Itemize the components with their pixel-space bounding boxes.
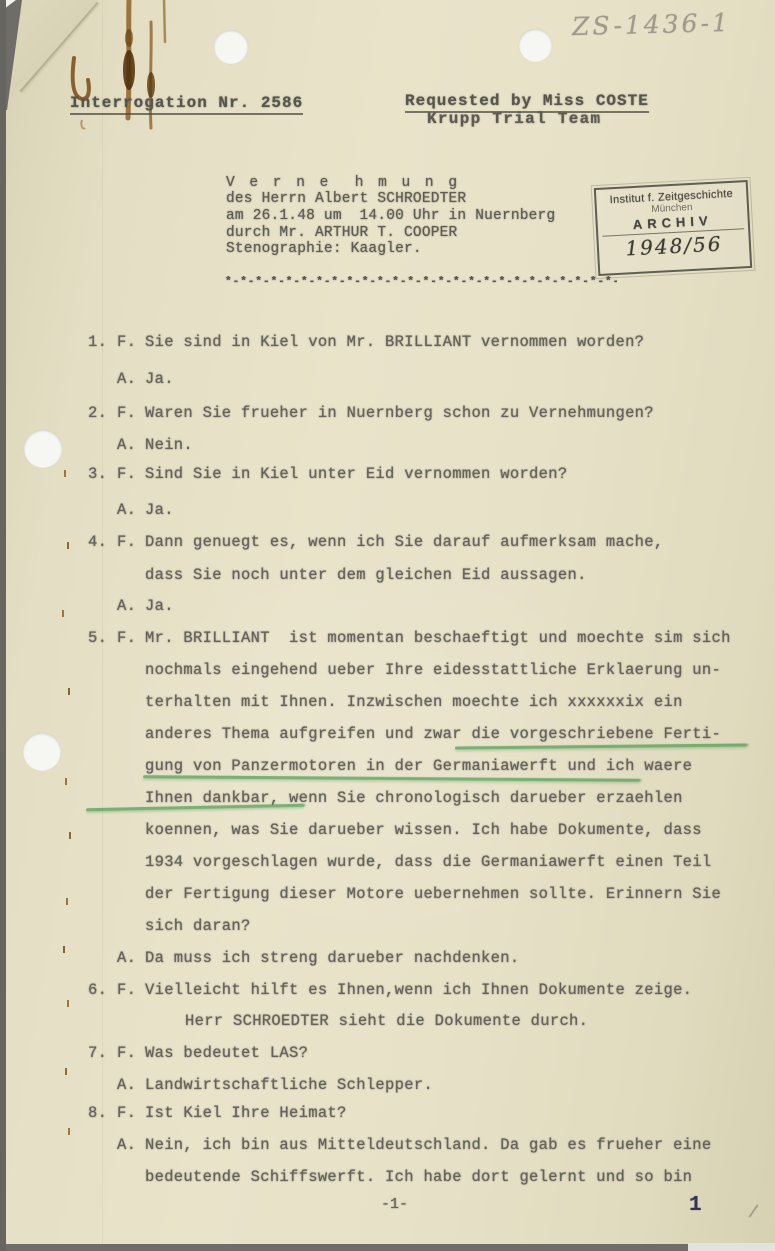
- question-text: Ist Kiel Ihre Heimat?: [145, 1104, 347, 1122]
- stage-note-text: Herr SCHROEDTER sieht die Dokumente durc…: [185, 1012, 588, 1030]
- item-number: 1.: [88, 333, 117, 351]
- question-line: gung von Panzermotoren in der Germaniawe…: [145, 757, 692, 775]
- answer-text: Nein.: [145, 436, 193, 454]
- question-line: 1.F.Sie sind in Kiel von Mr. BRILLIANT v…: [88, 333, 644, 351]
- archive-stamp: Institut f. Zeitgeschichte München ARCHI…: [594, 180, 752, 276]
- title-line-stenographer: Stenographie: Kaagler.: [226, 241, 422, 258]
- title-line-interrogator: durch Mr. ARTHUR T. COOPER: [226, 225, 457, 242]
- answer-text: Da muss ich streng darueber nachdenken.: [145, 949, 519, 967]
- question-line: 8.F.Ist Kiel Ihre Heimat?: [88, 1104, 347, 1122]
- question-text: Mr. BRILLIANT ist momentan beschaeftigt …: [145, 629, 731, 647]
- answer-line: bedeutende Schiffswerft. Ich habe dort g…: [145, 1168, 692, 1186]
- question-text: Was bedeutet LAS?: [145, 1044, 308, 1062]
- question-text: 1934 vorgeschlagen wurde, dass die Germa…: [145, 853, 712, 871]
- answer-label: A.: [117, 1076, 145, 1094]
- answer-line: A.Ja.: [117, 501, 174, 519]
- punch-hole-left-lower: [23, 733, 61, 771]
- answer-text: Landwirtschaftliche Schlepper.: [145, 1076, 433, 1094]
- answer-line: A.Landwirtschaftliche Schlepper.: [117, 1076, 433, 1094]
- item-number: 4.: [88, 533, 117, 551]
- question-text: anderes Thema aufgreifen und zwar die vo…: [145, 725, 721, 743]
- rust-specks: [64, 470, 66, 477]
- answer-text: bedeutende Schiffswerft. Ich habe dort g…: [145, 1168, 692, 1186]
- question-line: der Fertigung dieser Motore uebernehmen …: [145, 885, 721, 903]
- question-text: sich daran?: [145, 917, 251, 935]
- answer-line: A.Ja.: [117, 370, 174, 388]
- title-line-vernehmung: V e r n e h m u n g: [226, 175, 460, 192]
- ink-page-number: 1: [689, 1194, 702, 1217]
- question-text: nochmals eingehend ueber Ihre eidesstatt…: [145, 661, 721, 679]
- item-number: 2.: [88, 404, 117, 422]
- question-text: Sie sind in Kiel von Mr. BRILLIANT verno…: [145, 333, 644, 351]
- answer-line: A.Ja.: [117, 597, 174, 615]
- item-number: 7.: [88, 1044, 117, 1062]
- answer-label: A.: [117, 1136, 145, 1154]
- page-number: -1-: [381, 1196, 408, 1213]
- item-number: 3.: [88, 465, 117, 483]
- punch-hole-top-right: [519, 29, 552, 62]
- question-text: dass Sie noch unter dem gleichen Eid aus…: [145, 566, 587, 584]
- question-line: koennen, was Sie darueber wissen. Ich ha…: [145, 821, 702, 839]
- question-line: dass Sie noch unter dem gleichen Eid aus…: [145, 566, 587, 584]
- question-text: gung von Panzermotoren in der Germaniawe…: [145, 757, 692, 775]
- question-text: Ihnen dankbar, wenn Sie chronologisch da…: [145, 789, 683, 807]
- stage-note-line: Herr SCHROEDTER sieht die Dokumente durc…: [185, 1012, 588, 1030]
- answer-line: A.Nein, ich bin aus Mitteldeutschland. D…: [117, 1136, 712, 1154]
- question-line: 1934 vorgeschlagen wurde, dass die Germa…: [145, 853, 712, 871]
- item-number: 5.: [88, 629, 117, 647]
- answer-label: A.: [117, 949, 145, 967]
- question-line: 6.F.Vielleicht hilft es Ihnen,wenn ich I…: [88, 981, 692, 999]
- item-number: 6.: [88, 981, 117, 999]
- scanned-document-page: { "colors": { "paper": "#e7e1c8", "scann…: [0, 0, 775, 1251]
- answer-text: Ja.: [145, 501, 174, 519]
- answer-line: A.Da muss ich streng darueber nachdenken…: [117, 949, 519, 967]
- question-text: Waren Sie frueher in Nuernberg schon zu …: [145, 404, 654, 422]
- scan-bottom-strip: [688, 1243, 775, 1251]
- question-line: 7.F.Was bedeutet LAS?: [88, 1044, 308, 1062]
- question-label: F.: [117, 1044, 145, 1062]
- item-number: 8.: [88, 1104, 117, 1122]
- answer-label: A.: [117, 597, 145, 615]
- krupp-trial-team-line: Krupp Trial Team: [427, 110, 601, 128]
- question-label: F.: [117, 629, 145, 647]
- question-line: 3.F.Sind Sie in Kiel unter Eid vernommen…: [88, 465, 567, 483]
- zs-reference-number: ZS-1436-1: [572, 8, 732, 41]
- question-line: 5.F.Mr. BRILLIANT ist momentan beschaeft…: [88, 629, 731, 647]
- question-label: F.: [117, 465, 145, 483]
- title-line-name: des Herrn Albert SCHROEDTER: [226, 191, 466, 208]
- question-line: sich daran?: [145, 917, 251, 935]
- question-line: terhalten mit Ihnen. Inzwischen moechte …: [145, 693, 683, 711]
- question-text: Vielleicht hilft es Ihnen,wenn ich Ihnen…: [145, 981, 692, 999]
- question-line: 2.F.Waren Sie frueher in Nuernberg schon…: [88, 404, 654, 422]
- answer-text: Ja.: [145, 597, 174, 615]
- question-label: F.: [117, 333, 145, 351]
- scan-left-edge: [0, 0, 6, 1251]
- question-text: koennen, was Sie darueber wissen. Ich ha…: [145, 821, 702, 839]
- question-line: anderes Thema aufgreifen und zwar die vo…: [145, 725, 721, 743]
- answer-text: Nein, ich bin aus Mitteldeutschland. Da …: [145, 1136, 712, 1154]
- question-text: Sind Sie in Kiel unter Eid vernommen wor…: [145, 465, 567, 483]
- question-text: Dann genuegt es, wenn ich Sie darauf auf…: [145, 533, 663, 551]
- answer-label: A.: [117, 370, 145, 388]
- answer-text: Ja.: [145, 370, 174, 388]
- question-text: der Fertigung dieser Motore uebernehmen …: [145, 885, 721, 903]
- punch-hole-left-upper: [24, 430, 62, 468]
- question-label: F.: [117, 533, 145, 551]
- rust-stain-icon: [58, 0, 178, 140]
- question-label: F.: [117, 404, 145, 422]
- divider-line: *-*-*-*-*-*-*-*-*-*-*-*-*-*-*-*-*-*-*-*-…: [225, 276, 617, 288]
- question-line: 4.F.Dann genuegt es, wenn ich Sie darauf…: [88, 533, 663, 551]
- question-line: nochmals eingehend ueber Ihre eidesstatt…: [145, 661, 721, 679]
- punch-hole-top-left: [214, 30, 248, 64]
- question-line: Ihnen dankbar, wenn Sie chronologisch da…: [145, 789, 683, 807]
- question-label: F.: [117, 1104, 145, 1122]
- question-label: F.: [117, 981, 145, 999]
- question-text: terhalten mit Ihnen. Inzwischen moechte …: [145, 693, 683, 711]
- title-line-datetime: am 26.1.48 um 14.00 Uhr in Nuernberg: [226, 208, 555, 225]
- answer-label: A.: [117, 501, 145, 519]
- answer-line: A.Nein.: [117, 436, 193, 454]
- interrogation-number-title: Interrogation Nr. 2586: [70, 94, 303, 115]
- answer-label: A.: [117, 436, 145, 454]
